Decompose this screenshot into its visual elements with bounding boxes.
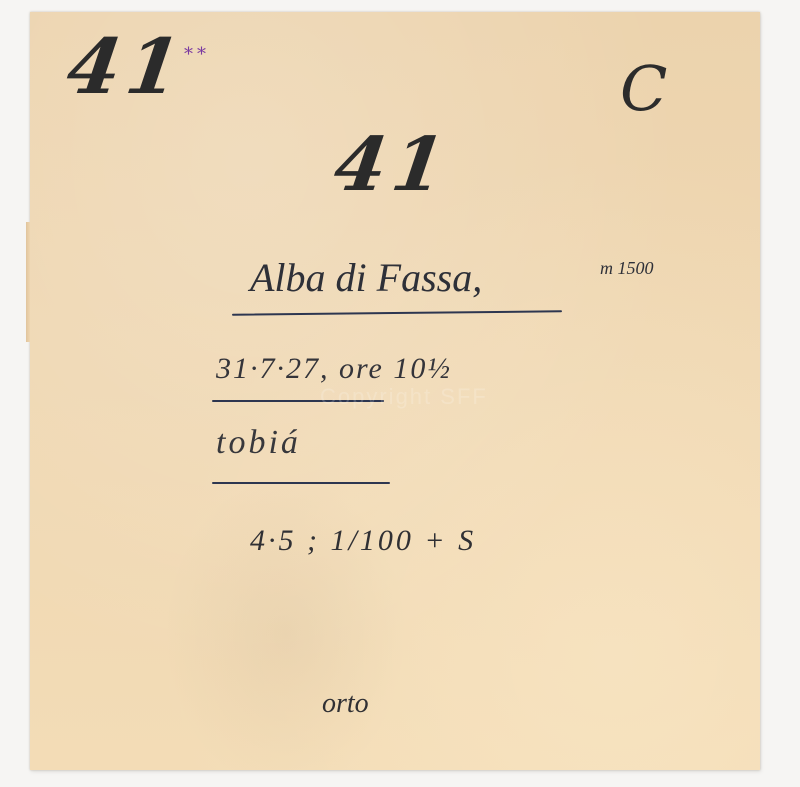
star-marks: ** — [184, 44, 210, 65]
footer-note: orto — [322, 688, 369, 720]
series-letter: C — [620, 52, 667, 125]
place-underline — [212, 482, 390, 484]
catalog-number: 41 — [62, 22, 192, 111]
locality-text: Alba di Fassa, — [250, 254, 482, 301]
watermark: Copyright SFF — [320, 384, 488, 410]
formula-text: 4·5 ; 1/100 + S — [250, 524, 476, 558]
locality-underline — [232, 310, 562, 315]
date-time-text: 31·7·27, ore 10½ — [216, 352, 452, 386]
note-card: 41 ** C 41 Alba di Fassa, m 1500 31·7·27… — [30, 12, 760, 770]
place-text: tobiá — [216, 424, 301, 462]
specimen-number: 41 — [329, 122, 456, 208]
elevation-text: m 1500 — [600, 258, 654, 279]
